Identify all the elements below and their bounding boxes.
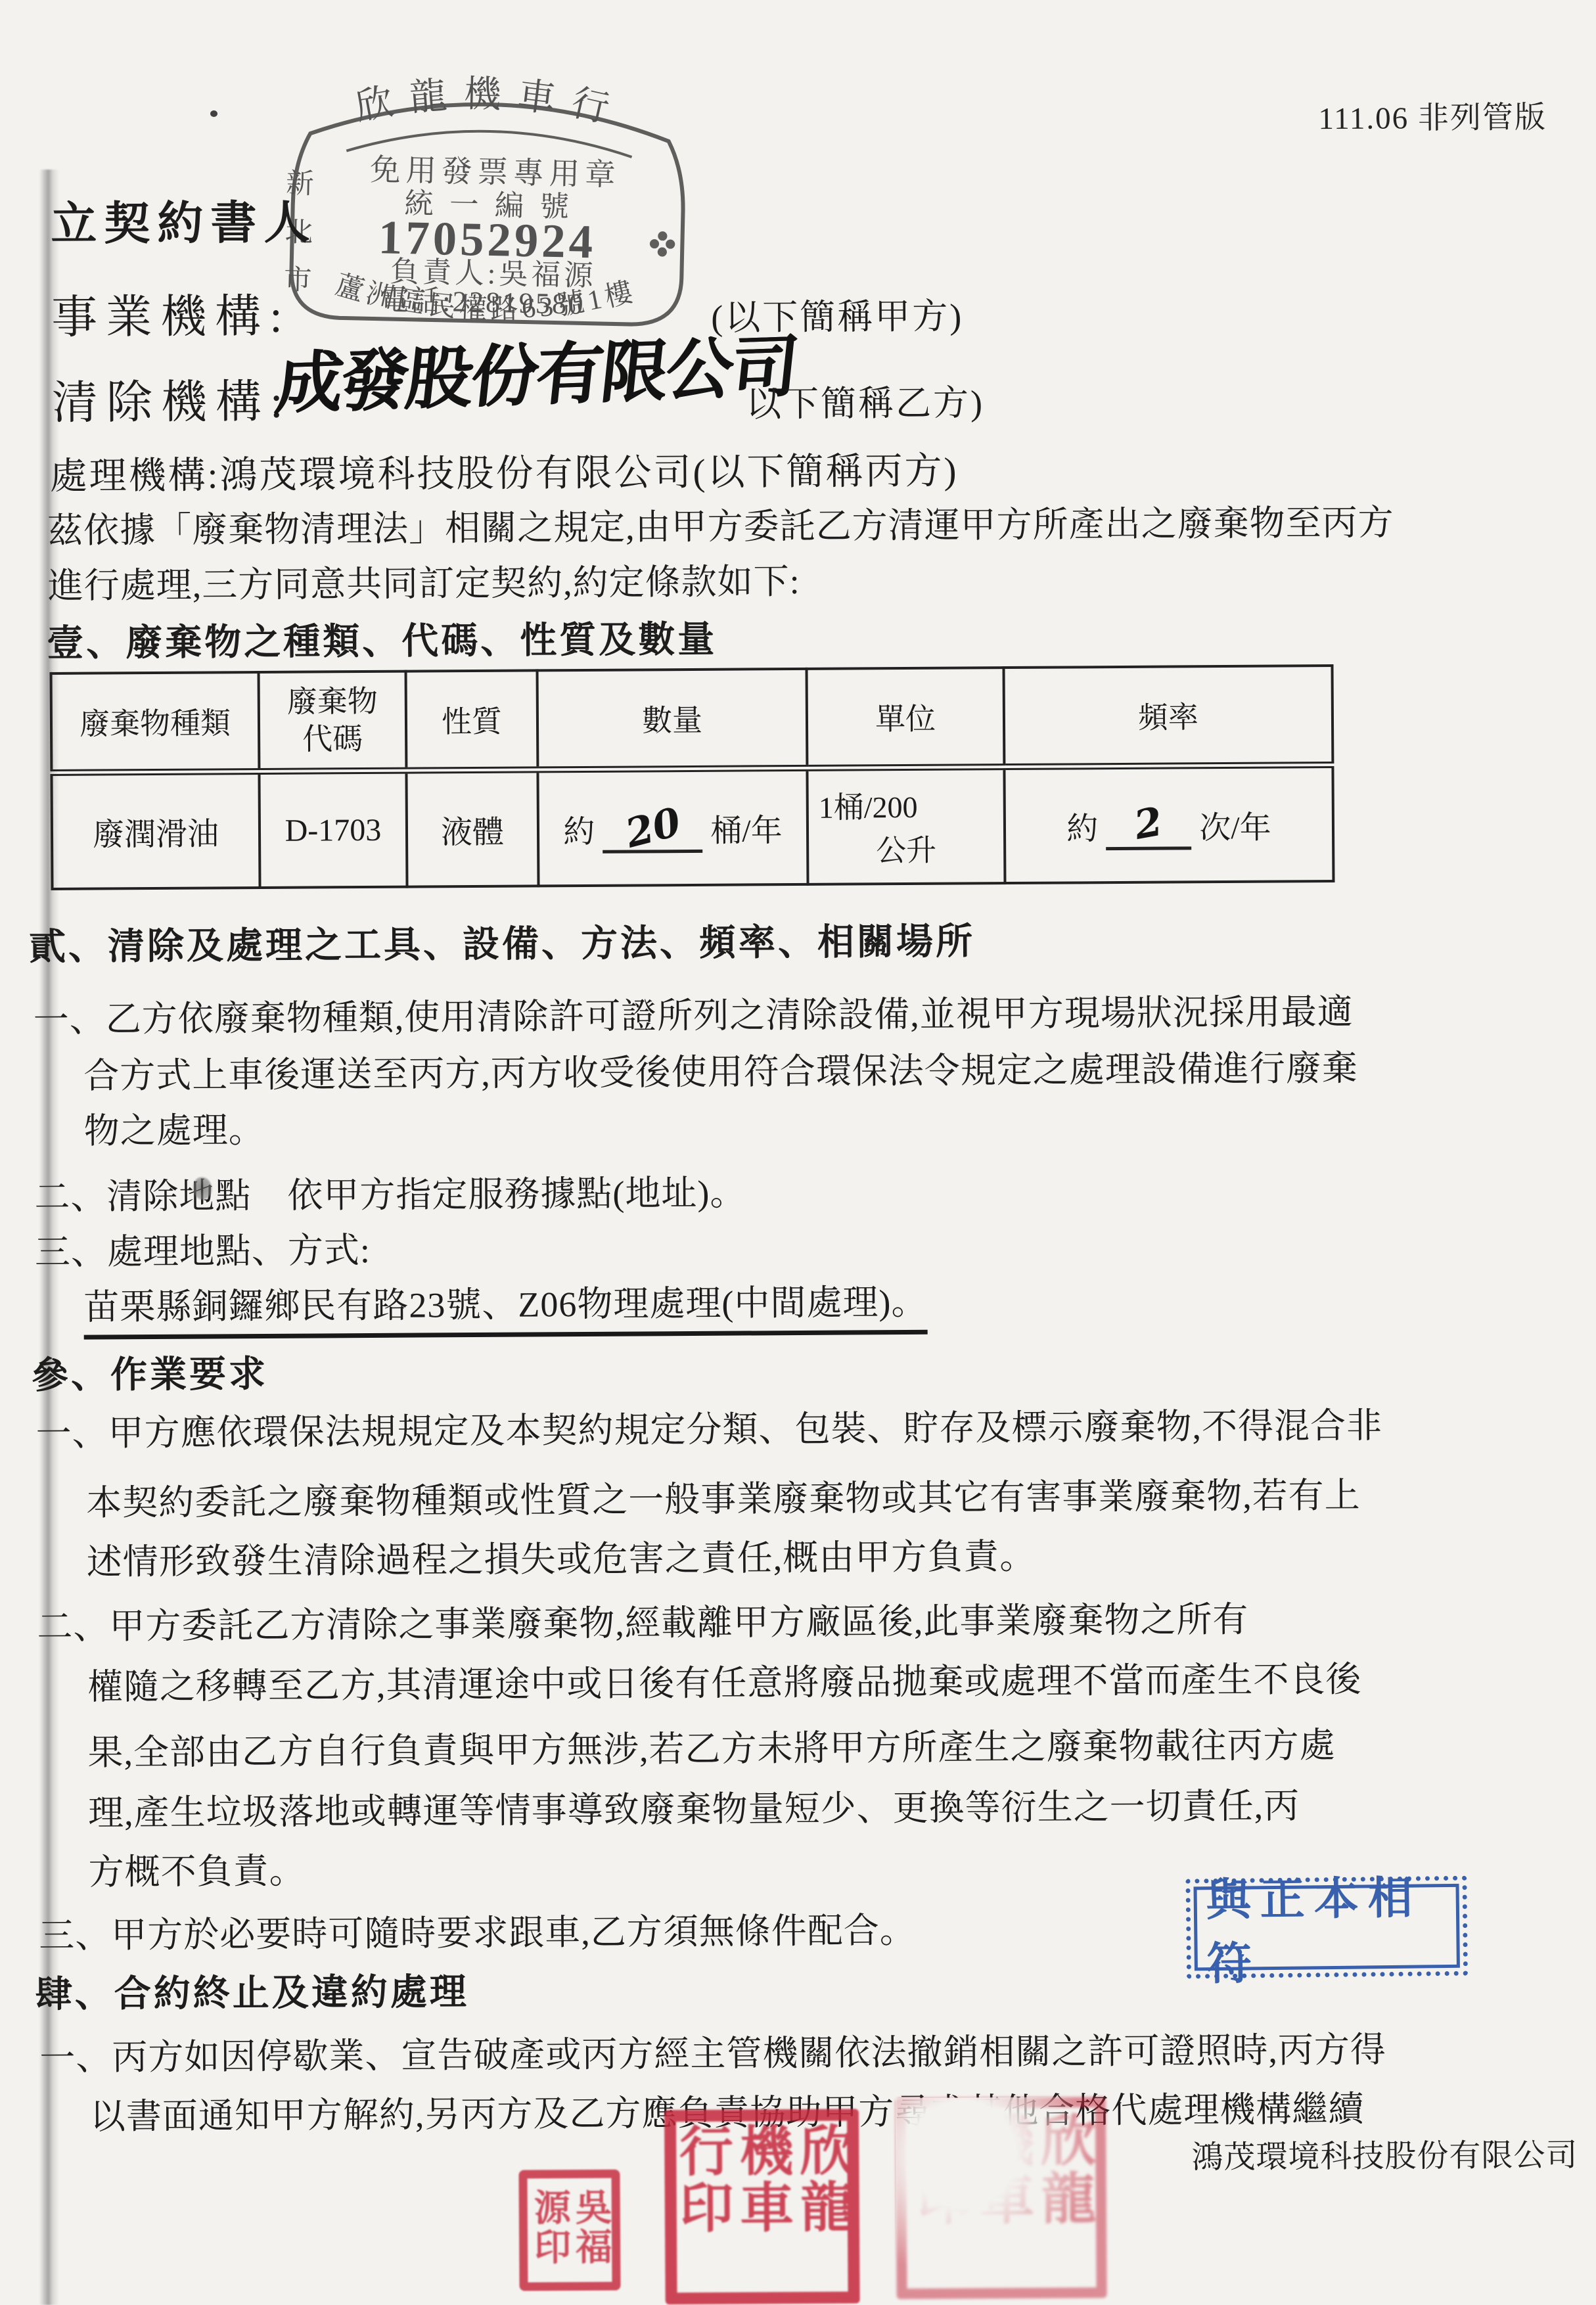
- page-content: 111.06 非列管版 欣龍機車行 免用發票專用章 統一編號 新 北 市 170…: [0, 0, 1596, 2305]
- treatment-location-detail: 苗栗縣銅鑼鄉民有路23號、Z06物理處理(中間處理)。: [83, 1274, 927, 1330]
- header-waste-code: 廢棄物代碼: [259, 672, 407, 771]
- company-seal-middle-text: 欣龍機車行印: [671, 2122, 853, 2292]
- section-3-title: 參、作業要求: [32, 1345, 268, 1399]
- section-4-title: 肆、合約終止及違約處理: [35, 1963, 469, 2018]
- s3-clause2-line2: 權隨之移轉至乙方,其清運途中或日後有任意將廢品拋棄或處理不當而產生不良後: [87, 1651, 1362, 1710]
- waste-table-data-row: 廢潤滑油 D-1703 液體 約 20 桶/年 1桶/200 公升 約 2: [51, 765, 1333, 889]
- party-b-label: 清除機構:: [52, 365, 292, 432]
- party-c-line: 處理機構:鴻茂環境科技股份有限公司(以下簡稱丙方): [49, 440, 958, 499]
- contract-party-heading: 立契約書人: [51, 185, 317, 253]
- s3-clause1-line3: 述情形致發生清除過程之損失或危害之責任,概由甲方負責。: [87, 1528, 1036, 1585]
- party-b-suffix: 以下簡稱乙方): [746, 375, 984, 426]
- header-property: 性質: [406, 670, 538, 770]
- frequency-prefix: 約: [1066, 811, 1098, 846]
- cell-frequency: 約 2 次/年: [1004, 765, 1333, 883]
- treatment-location-text: 苗栗縣銅鑼鄉民有路23號、Z06物理處理(中間處理)。: [83, 1283, 927, 1340]
- s3-clause1-line1: 一、甲方應依環保法規規定及本契約規定分類、包裝、貯存及標示廢棄物,不得混合非: [35, 1398, 1382, 1457]
- handwritten-frequency: 2: [1131, 798, 1166, 848]
- handwritten-quantity: 20: [621, 799, 685, 857]
- svg-text:欣龍機車行: 欣龍機車行: [352, 72, 628, 134]
- stamp-shop-name: 欣龍機車行: [352, 72, 628, 134]
- merchant-tax-stamp-graphic: 欣龍機車行 免用發票專用章 統一編號 新 北 市 17052924 負責人:吳福…: [273, 57, 704, 331]
- stamp-divider-arc: [346, 128, 632, 157]
- owner-seal: 吳福源印: [518, 2170, 620, 2291]
- unit-line-2: 公升: [809, 826, 1003, 871]
- waste-table-header-row: 廢棄物種類 廢棄物代碼 性質 數量 單位 頻率: [51, 666, 1333, 773]
- company-seal-middle: 欣龍機車行印: [664, 2109, 860, 2304]
- frequency-blank-line: 2: [1106, 800, 1191, 850]
- section-2-title: 貳、清除及處理之工具、設備、方法、頻率、相關場所: [29, 912, 975, 970]
- header-quantity: 數量: [537, 669, 808, 770]
- unit-line-1: 1桶/200: [809, 783, 1003, 827]
- s2-clause1-line1: 一、乙方依廢棄物種類,使用清除許可證所列之清除設備,並視甲方現場狀況採用最適: [33, 984, 1353, 1042]
- scanned-contract-page: 111.06 非列管版 欣龍機車行 免用發票專用章 統一編號 新 北 市 170…: [0, 0, 1596, 2305]
- s2-clause1-line2: 合方式上車後運送至丙方,丙方收受後使用符合環保法令規定之處理設備進行廢棄: [83, 1040, 1358, 1099]
- seal-fade-artifact: [896, 2097, 1107, 2299]
- header-frequency: 頻率: [1003, 666, 1333, 767]
- s2-clause2: 二、清除地點 依甲方指定服務據點(地址)。: [34, 1164, 746, 1220]
- merchant-tax-stamp: 欣龍機車行 免用發票專用章 統一編號 新 北 市 17052924 負責人:吳福…: [273, 57, 704, 331]
- verify-stamp: 與正本相符: [1185, 1876, 1468, 1979]
- section-1-title: 壹、廢棄物之種類、代碼、性質及數量: [47, 610, 717, 667]
- s3-clause1-line2: 本契約委託之廢棄物種類或性質之一般事業廢棄物或其它有害事業廢棄物,若有上: [86, 1467, 1361, 1526]
- cell-unit: 1桶/200 公升: [807, 767, 1005, 884]
- owner-seal-text: 吳福源印: [528, 2188, 611, 2273]
- s4-clause1-line1: 一、丙方如因停歇業、宣告破產或丙方經主管機關依法撤銷相關之許可證照時,丙方得: [39, 2022, 1386, 2081]
- cell-waste-code: D-1703: [259, 771, 407, 888]
- s3-clause2-line5: 方概不負責。: [88, 1843, 305, 1895]
- s3-clause2-line4: 理,產生垃圾落地或轉運等情事導致廢棄物量短少、更換等衍生之一切責任,丙: [88, 1777, 1300, 1835]
- s3-clause2-line3: 果,全部由乙方自行負責與甲方無涉,若乙方未將甲方所產生之廢棄物載往丙方處: [87, 1717, 1335, 1775]
- handwritten-company-name: 成發股份有限公司: [271, 313, 802, 428]
- flower-icon: [650, 231, 675, 257]
- quantity-prefix: 約: [563, 814, 595, 849]
- waste-table: 廢棄物種類 廢棄物代碼 性質 數量 單位 頻率 廢潤滑油 D-1703 液體 約…: [50, 664, 1335, 890]
- party-a-label: 事業機構:: [51, 279, 291, 347]
- cell-quantity: 約 20 桶/年: [537, 768, 808, 886]
- header-waste-type: 廢棄物種類: [51, 672, 260, 773]
- header-unit: 單位: [807, 668, 1005, 768]
- s2-clause3: 三、處理地點、方式:: [35, 1222, 371, 1275]
- s3-clause3: 三、甲方於必要時可隨時要求跟車,乙方須無條件配合。: [39, 1902, 916, 1958]
- s2-clause1-line3: 物之處理。: [84, 1102, 265, 1154]
- ink-smudge: [193, 1177, 212, 1199]
- cell-waste-type: 廢潤滑油: [51, 771, 260, 889]
- verify-stamp-text: 與正本相符: [1197, 1862, 1457, 1992]
- recital-line-2: 進行處理,三方同意共同訂定契約,約定條款如下:: [47, 553, 800, 608]
- quantity-suffix: 桶/年: [710, 813, 783, 849]
- header-waste-code-text: 廢棄物代碼: [281, 682, 384, 758]
- footer-company-name: 鴻茂環境科技股份有限公司: [1191, 2130, 1578, 2178]
- version-label: 111.06 非列管版: [1318, 93, 1547, 138]
- recital-line-1: 茲依據「廢棄物清理法」相關之規定,由甲方委託乙方清運甲方所產出之廢棄物至丙方: [47, 494, 1394, 553]
- cell-property: 液體: [406, 769, 538, 886]
- frequency-suffix: 次/年: [1199, 810, 1271, 846]
- s3-clause2-line1: 二、甲方委託乙方清除之事業廢棄物,經載離甲方廠區後,此事業廢棄物之所有: [37, 1591, 1248, 1649]
- verify-stamp-inner-border: 與正本相符: [1194, 1884, 1460, 1971]
- quantity-blank-line: 20: [603, 803, 702, 853]
